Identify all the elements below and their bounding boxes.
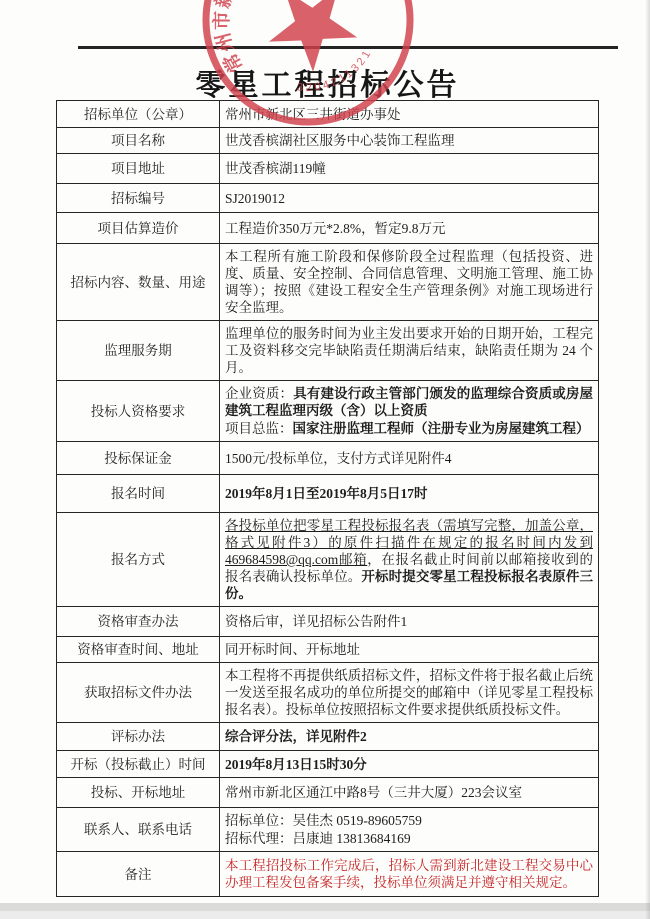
row-label: 投标、开标地址 [57, 778, 220, 808]
row-label: 项目名称 [57, 128, 220, 154]
row-label: 投标保证金 [57, 442, 220, 475]
row-label: 评标办法 [57, 723, 220, 751]
row-label: 项目估算造价 [57, 213, 220, 244]
row-value: 工程造价350万元*2.8%，暂定9.8万元 [220, 213, 599, 244]
row-value: 常州市新北区三井街道办事处 [220, 101, 599, 128]
announcement-table-body: 招标单位（公章） 常州市新北区三井街道办事处 项目名称 世茂香槟湖社区服务中心装… [57, 101, 599, 897]
table-row: 投标保证金 1500元/投标单位，支付方式详见附件4 [57, 442, 599, 475]
table-row: 招标编号 SJ2019012 [57, 184, 599, 213]
row-value: 本工程招投标工作完成后，招标人需到新北建设工程交易中心办理工程发包备案手续，投标… [220, 852, 599, 897]
row-value: 世茂香槟湖119幢 [220, 154, 599, 184]
row-value: 同开标时间、开标地址 [220, 637, 599, 663]
table-row: 招标单位（公章） 常州市新北区三井街道办事处 [57, 101, 599, 128]
row-value: 招标单位：吴佳杰 0519-89605759招标代理：吕康迪 138136841… [220, 808, 599, 852]
row-value: 资格后审，详见招标公告附件1 [220, 607, 599, 637]
table-row: 投标、开标地址 常州市新北区通江中路8号（三井大厦）223会议室 [57, 778, 599, 808]
table-row: 项目地址 世茂香槟湖119幢 [57, 154, 599, 184]
table-row: 监理服务期 监理单位的服务时间为业主发出要求开始的日期开始，工程完工及资料移交完… [57, 321, 599, 381]
row-label: 资格审查办法 [57, 607, 220, 637]
row-value: SJ2019012 [220, 184, 599, 213]
announcement-table: 招标单位（公章） 常州市新北区三井街道办事处 项目名称 世茂香槟湖社区服务中心装… [56, 100, 599, 897]
row-value: 本工程所有施工阶段和保修阶段全过程监理（包括投资、进度、质量、安全控制、合同信息… [220, 244, 599, 321]
row-label: 招标内容、数量、用途 [57, 244, 220, 321]
row-label: 监理服务期 [57, 321, 220, 381]
table-row: 投标人资格要求 企业资质：具有建设行政主管部门颁发的监理综合资质或房屋建筑工程监… [57, 381, 599, 442]
table-row: 报名方式 各投标单位把零星工程投标报名表（需填写完整，加盖公章，格式见附件3）的… [57, 513, 599, 607]
row-label: 投标人资格要求 [57, 381, 220, 442]
row-label: 报名时间 [57, 475, 220, 513]
row-value: 本工程将不再提供纸质招标文件，招标文件将于报名截止后统一发送至报名成功的单位所提… [220, 663, 599, 723]
table-row: 资格审查办法 资格后审，详见招标公告附件1 [57, 607, 599, 637]
table-row: 资格审查时间、地址 同开标时间、开标地址 [57, 637, 599, 663]
table-row: 项目名称 世茂香槟湖社区服务中心装饰工程监理 [57, 128, 599, 154]
page-title: 零星工程招标公告 [56, 60, 599, 104]
row-value: 企业资质：具有建设行政主管部门颁发的监理综合资质或房屋建筑工程监理丙级（含）以上… [220, 381, 599, 442]
scan-edge-bottom [0, 903, 650, 911]
row-value: 2019年8月1日至2019年8月5日17时 [220, 475, 599, 513]
scan-edge-right [645, 0, 650, 919]
scanned-document-page: 零星工程招标公告 常州市新北区三井街道办事处 3204211321 招标单位（公… [0, 0, 650, 919]
row-label: 开标（投标截止）时间 [57, 751, 220, 778]
row-label: 获取招标文件办法 [57, 663, 220, 723]
row-value: 1500元/投标单位，支付方式详见附件4 [220, 442, 599, 475]
table-row: 备注 本工程招投标工作完成后，招标人需到新北建设工程交易中心办理工程发包备案手续… [57, 852, 599, 897]
table-row: 获取招标文件办法 本工程将不再提供纸质招标文件，招标文件将于报名截止后统一发送至… [57, 663, 599, 723]
row-label: 资格审查时间、地址 [57, 637, 220, 663]
row-value: 监理单位的服务时间为业主发出要求开始的日期开始，工程完工及资料移交完毕缺陷责任期… [220, 321, 599, 381]
row-label: 招标单位（公章） [57, 101, 220, 128]
row-value: 世茂香槟湖社区服务中心装饰工程监理 [220, 128, 599, 154]
row-value: 各投标单位把零星工程投标报名表（需填写完整，加盖公章，格式见附件3）的原件扫描件… [220, 513, 599, 607]
row-label: 备注 [57, 852, 220, 897]
table-row: 开标（投标截止）时间 2019年8月13日15时30分 [57, 751, 599, 778]
table-row: 报名时间 2019年8月1日至2019年8月5日17时 [57, 475, 599, 513]
row-value: 综合评分法，详见附件2 [220, 723, 599, 751]
row-value: 常州市新北区通江中路8号（三井大厦）223会议室 [220, 778, 599, 808]
row-label: 项目地址 [57, 154, 220, 184]
table-row: 评标办法 综合评分法，详见附件2 [57, 723, 599, 751]
row-label: 招标编号 [57, 184, 220, 213]
table-row: 招标内容、数量、用途 本工程所有施工阶段和保修阶段全过程监理（包括投资、进度、质… [57, 244, 599, 321]
row-value: 2019年8月13日15时30分 [220, 751, 599, 778]
scan-edge-bottom-light [0, 911, 650, 919]
table-row: 联系人、联系电话 招标单位：吴佳杰 0519-89605759招标代理：吕康迪 … [57, 808, 599, 852]
row-label: 报名方式 [57, 513, 220, 607]
header-rule [78, 46, 618, 49]
row-label: 联系人、联系电话 [57, 808, 220, 852]
table-row: 项目估算造价 工程造价350万元*2.8%，暂定9.8万元 [57, 213, 599, 244]
